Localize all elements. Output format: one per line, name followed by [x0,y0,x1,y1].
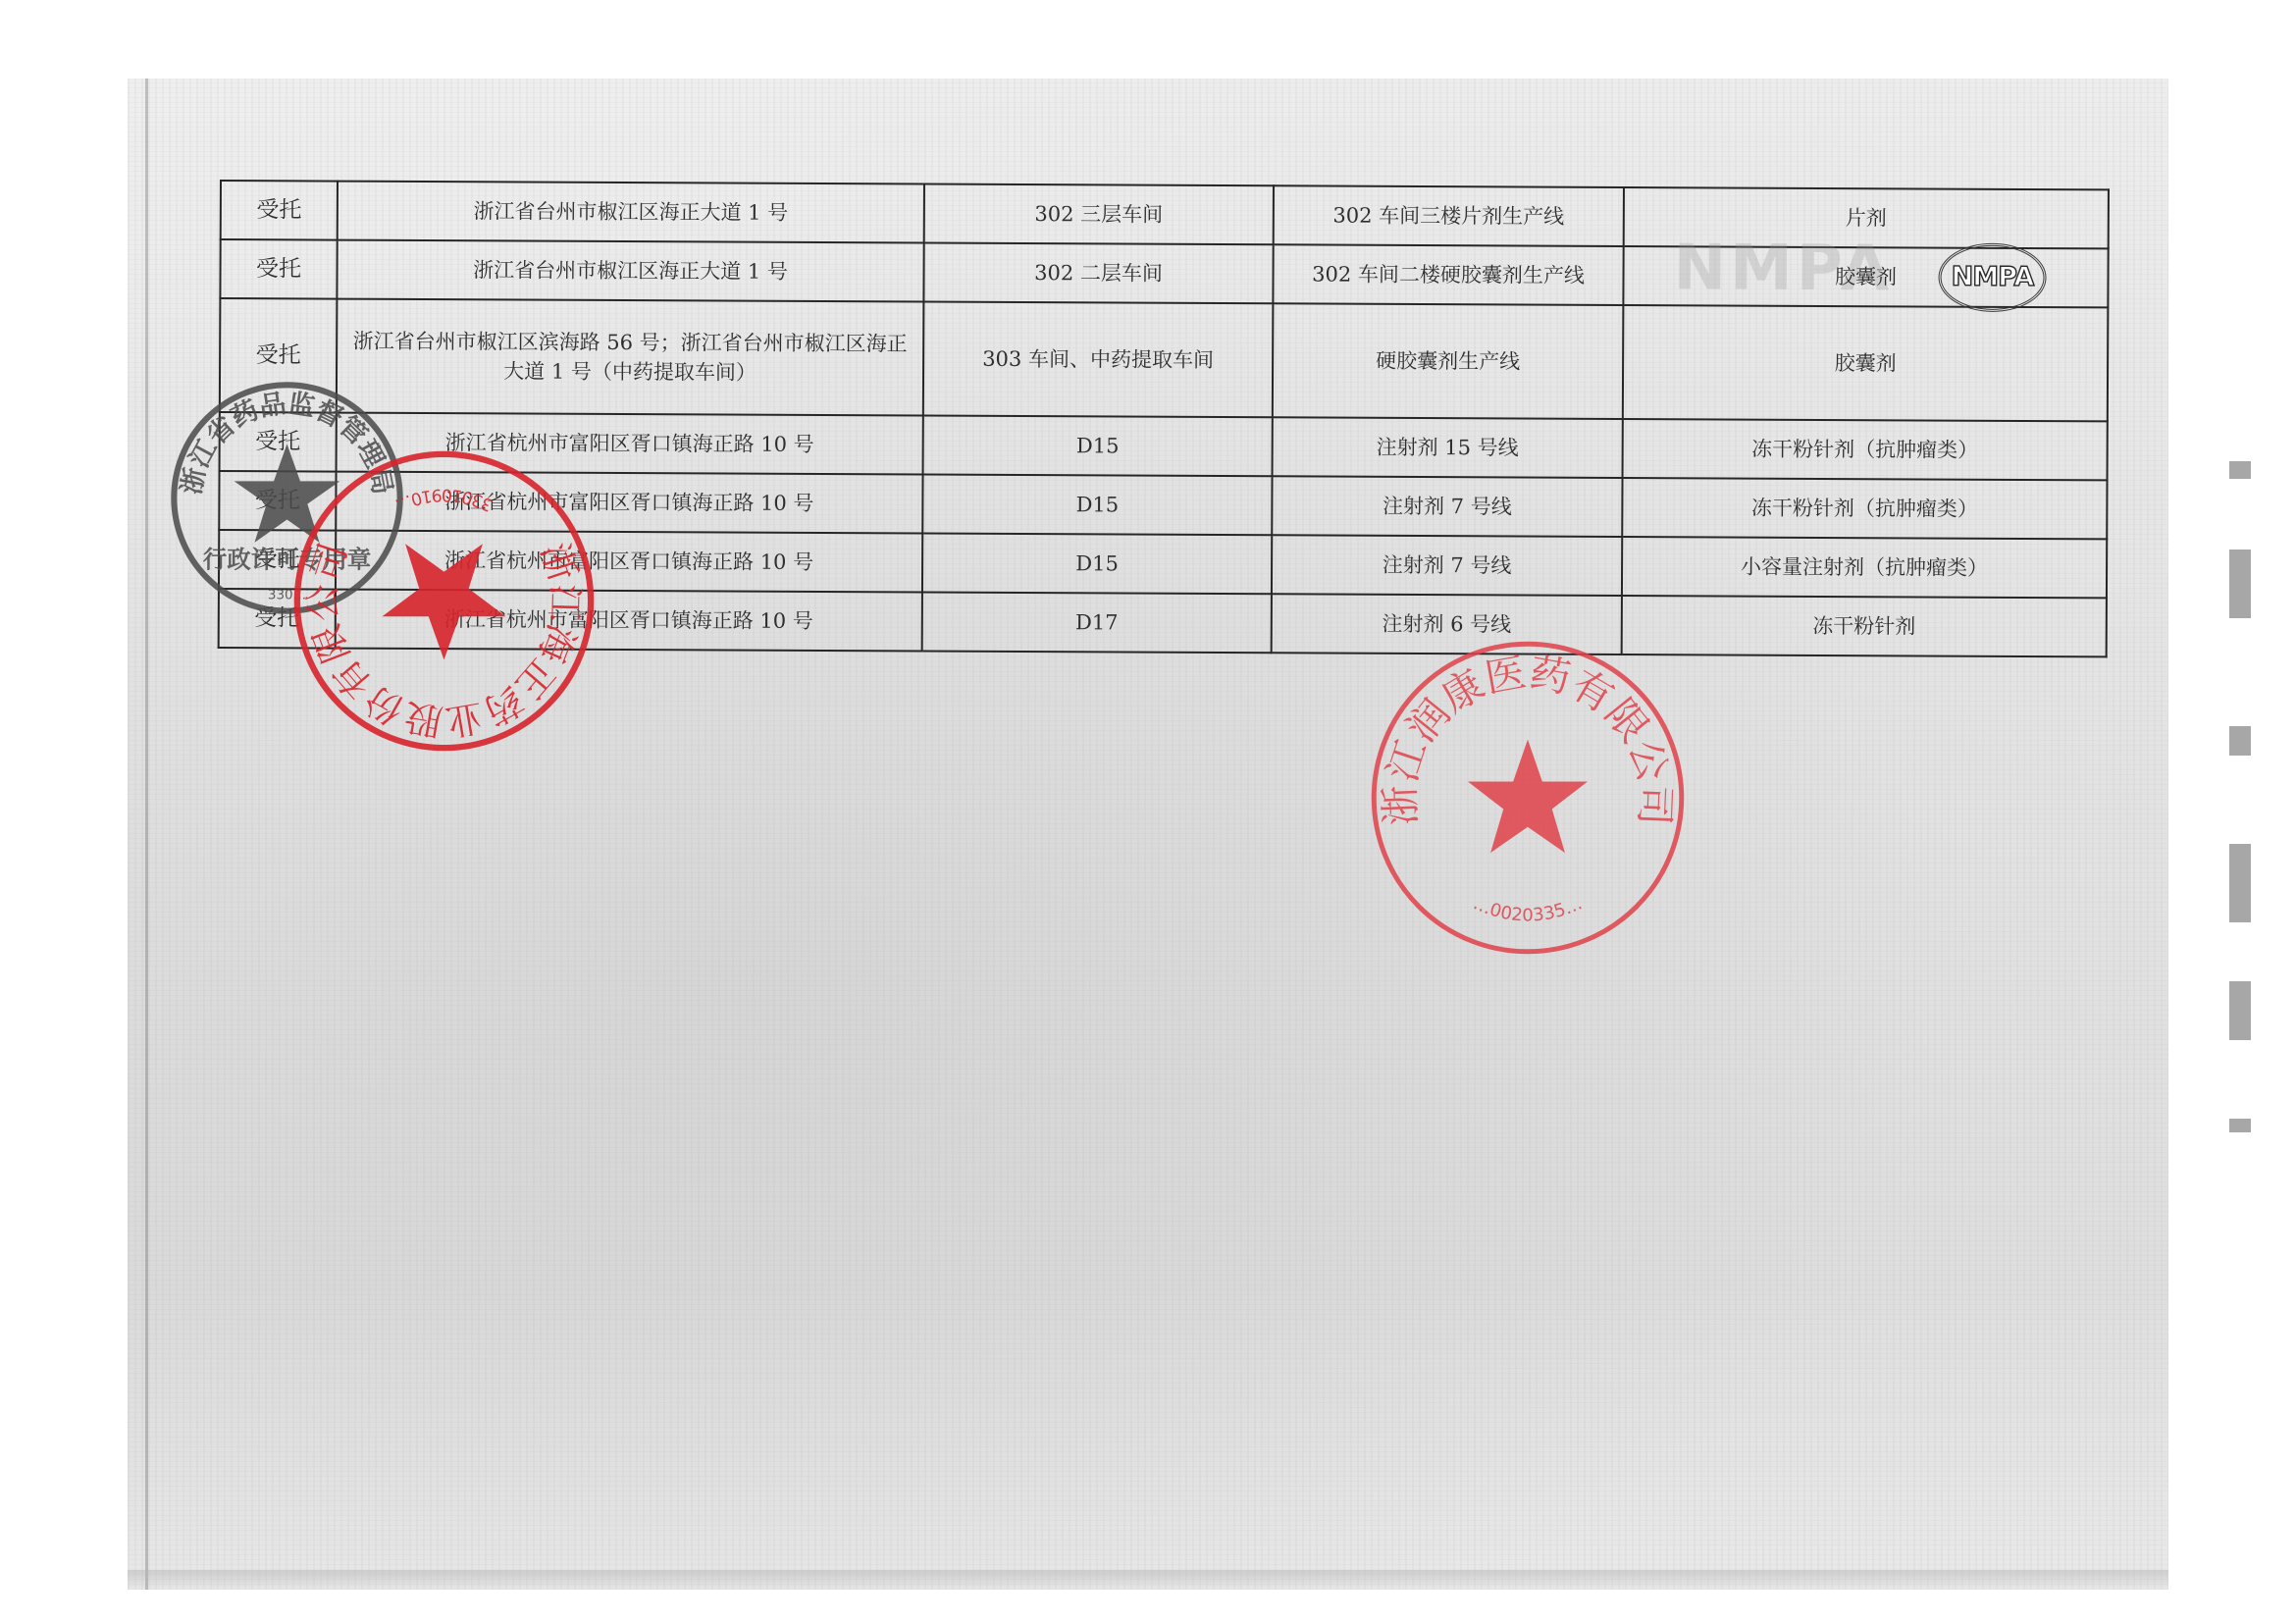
scan-edge-marks [2229,432,2253,1158]
row-type-cell: 受托 [220,298,338,413]
row-dosage-form-cell: 片剂 [1624,187,2109,248]
row-workshop-cell: D15 [923,416,1273,477]
row-address-cell: 浙江省台州市椒江区海正大道 1 号 [337,240,923,302]
row-dosage-form-cell: 冻干粉针剂 [1622,596,2107,656]
row-type-cell: 受托 [219,530,336,590]
nmpa-logo-icon: NMPA [1938,242,2046,312]
row-address-cell: 浙江省杭州市富阳区胥口镇海正路 10 号 [336,531,922,593]
table-row: 受托浙江省杭州市富阳区胥口镇海正路 10 号D15注射剂 7 号线冻干粉针剂（抗… [219,471,2107,539]
row-type-cell: 受托 [220,239,337,299]
row-production-line-cell: 注射剂 15 号线 [1273,417,1623,478]
table-row: 受托浙江省台州市椒江区海正大道 1 号302 二层车间302 车间二楼硬胶囊剂生… [220,239,2108,307]
scan-edge-line [145,79,148,1590]
row-production-line-cell: 注射剂 7 号线 [1272,476,1622,537]
row-workshop-cell: D17 [922,592,1272,653]
production-scope-table: 受托浙江省台州市椒江区海正大道 1 号302 三层车间302 车间三楼片剂生产线… [218,180,2110,657]
row-address-cell: 浙江省杭州市富阳区胥口镇海正路 10 号 [336,590,922,652]
row-address-cell: 浙江省台州市椒江区海正大道 1 号 [338,182,924,243]
scan-bottom-edge [128,1570,2168,1590]
row-production-line-cell: 硬胶囊剂生产线 [1273,303,1624,419]
row-dosage-form-cell: NMPA胶囊剂NMPA [1623,246,2108,307]
row-dosage-form-cell: 小容量注射剂（抗肿瘤类） [1622,537,2107,598]
row-dosage-form-cell: 冻干粉针剂（抗肿瘤类） [1623,419,2108,480]
table-row: 受托浙江省台州市椒江区滨海路 56 号；浙江省台州市椒江区海正大道 1 号（中药… [220,298,2109,422]
row-address-cell: 浙江省杭州市富阳区胥口镇海正路 10 号 [337,413,923,475]
row-workshop-cell: 302 三层车间 [924,184,1274,245]
production-scope-table-wrap: 受托浙江省台州市椒江区海正大道 1 号302 三层车间302 车间三楼片剂生产线… [218,180,2108,657]
row-workshop-cell: 303 车间、中药提取车间 [923,301,1274,417]
row-type-cell: 受托 [219,589,336,649]
row-production-line-cell: 302 车间二楼硬胶囊剂生产线 [1273,244,1623,305]
row-type-cell: 受托 [220,412,337,472]
row-workshop-cell: 302 二层车间 [923,242,1273,303]
row-workshop-cell: D15 [922,475,1272,536]
dosage-form-text: 胶囊剂 [1835,265,1897,288]
row-address-cell: 浙江省杭州市富阳区胥口镇海正路 10 号 [336,472,922,534]
row-type-cell: 受托 [219,471,336,531]
row-production-line-cell: 302 车间三楼片剂生产线 [1274,185,1624,246]
row-dosage-form-cell: 冻干粉针剂（抗肿瘤类） [1622,478,2107,539]
row-workshop-cell: D15 [922,534,1272,595]
table-row: 受托浙江省杭州市富阳区胥口镇海正路 10 号D17注射剂 6 号线冻干粉针剂 [219,589,2107,656]
table-row: 受托浙江省杭州市富阳区胥口镇海正路 10 号D15注射剂 15 号线冻干粉针剂（… [220,412,2108,480]
row-production-line-cell: 注射剂 7 号线 [1272,535,1622,596]
row-production-line-cell: 注射剂 6 号线 [1272,594,1622,654]
row-type-cell: 受托 [221,181,338,240]
row-dosage-form-cell: 胶囊剂 [1623,305,2109,422]
table-row: 受托浙江省杭州市富阳区胥口镇海正路 10 号D15注射剂 7 号线小容量注射剂（… [219,530,2107,598]
table-row: 受托浙江省台州市椒江区海正大道 1 号302 三层车间302 车间三楼片剂生产线… [221,181,2109,248]
row-address-cell: 浙江省台州市椒江区滨海路 56 号；浙江省台州市椒江区海正大道 1 号（中药提取… [337,298,924,415]
